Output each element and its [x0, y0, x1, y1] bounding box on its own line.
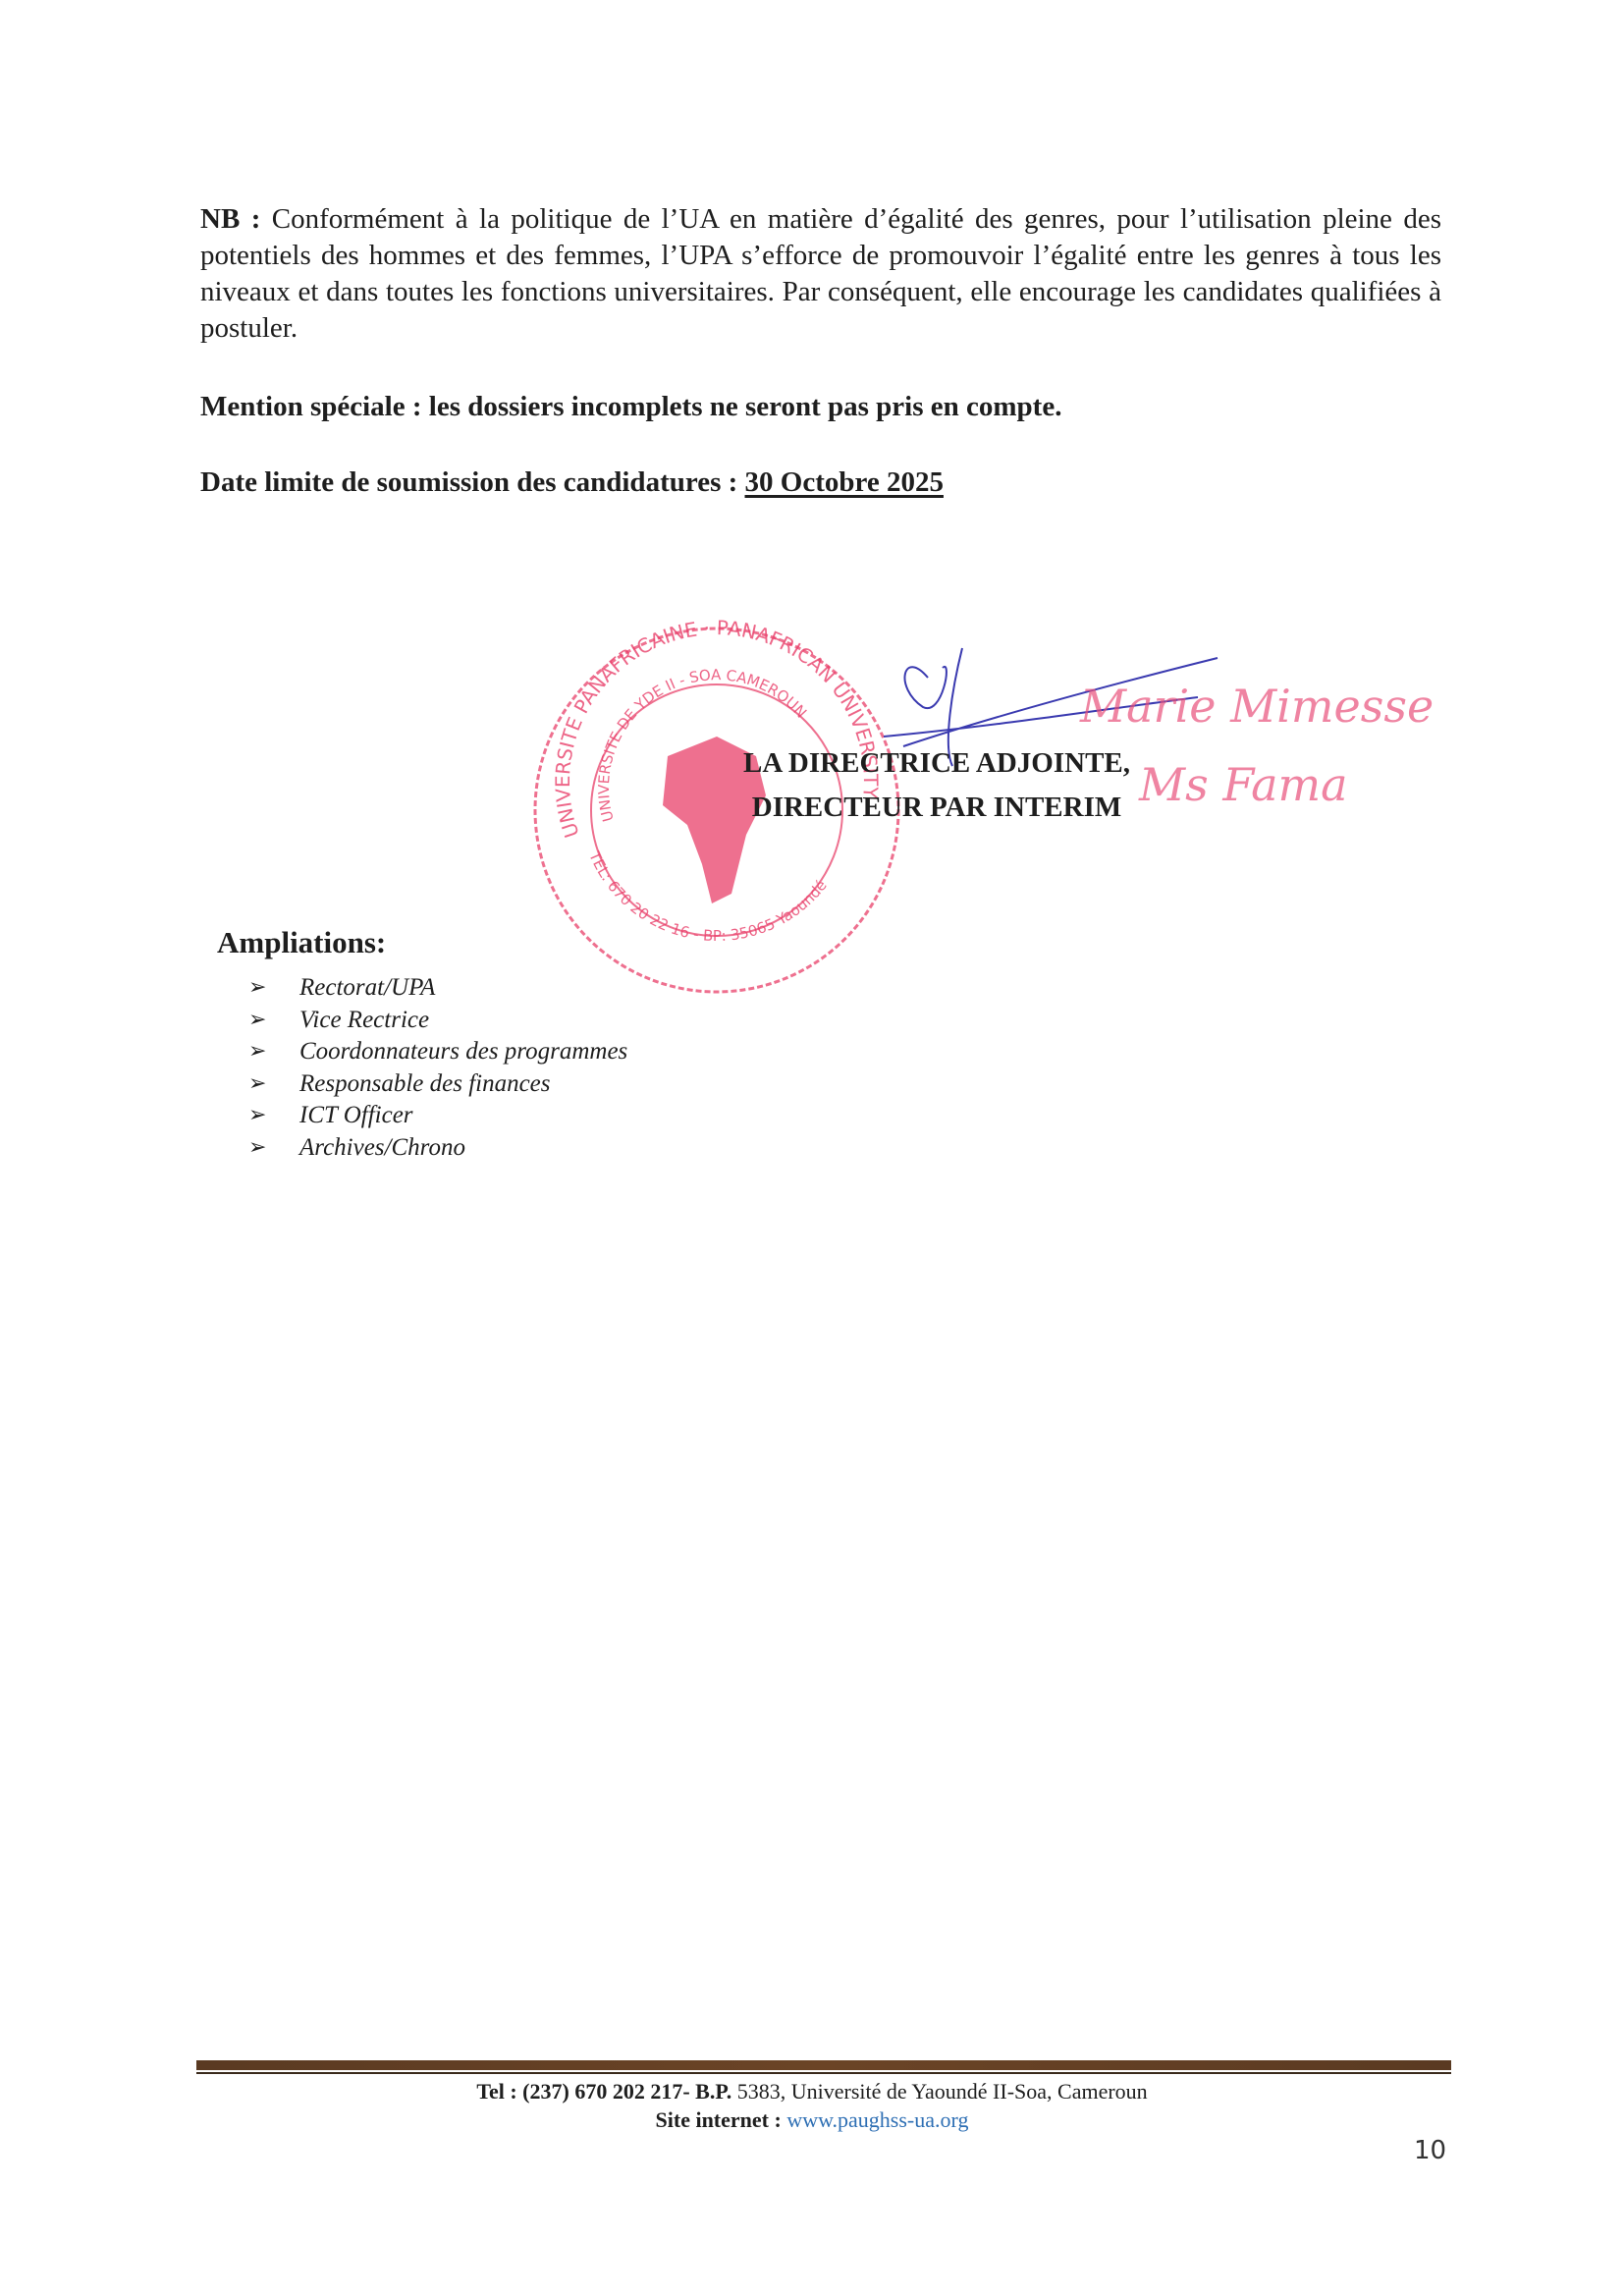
- footer-contact: Tel : (237) 670 202 217- B.P. 5383, Univ…: [0, 2079, 1624, 2105]
- list-item: ➢Vice Rectrice: [248, 1005, 627, 1037]
- svg-text:Marie Mimesse: Marie Mimesse: [1079, 680, 1434, 733]
- nb-paragraph: NB : Conformément à la politique de l’UA…: [200, 201, 1441, 347]
- list-item: ➢Responsable des finances: [248, 1068, 627, 1101]
- signatory-title: LA DIRECTRICE ADJOINTE, DIRECTEUR PAR IN…: [743, 741, 1130, 830]
- special-mention: Mention spéciale : les dossiers incomple…: [200, 391, 1061, 423]
- deadline: Date limite de soumission des candidatur…: [200, 466, 944, 499]
- arrow-bullet-icon: ➢: [248, 1068, 299, 1101]
- arrow-bullet-icon: ➢: [248, 1100, 299, 1132]
- nb-label: NB :: [200, 203, 260, 235]
- arrow-bullet-icon: ➢: [248, 1005, 299, 1037]
- arrow-bullet-icon: ➢: [248, 972, 299, 1005]
- footer-tel: Tel : (237) 670 202 217- B.P.: [476, 2079, 731, 2104]
- arrow-bullet-icon: ➢: [248, 1036, 299, 1068]
- footer-address: 5383, Université de Yaoundé II-Soa, Came…: [731, 2079, 1147, 2104]
- footer-site-label: Site internet :: [656, 2107, 787, 2132]
- list-item: ➢ICT Officer: [248, 1100, 627, 1132]
- footer-divider-thin: [196, 2072, 1451, 2074]
- ampliations-title: Ampliations:: [217, 925, 386, 960]
- footer-divider: [196, 2060, 1451, 2070]
- page-number: 10: [1414, 2136, 1446, 2165]
- signatory-title-line2: DIRECTEUR PAR INTERIM: [743, 786, 1130, 830]
- svg-text:Ms Fama: Ms Fama: [1138, 758, 1348, 811]
- nb-text: Conformément à la politique de l’UA en m…: [200, 203, 1441, 344]
- website-link[interactable]: www.paughss-ua.org: [786, 2107, 968, 2132]
- deadline-date: 30 Octobre 2025: [745, 466, 944, 498]
- ampliations-list: ➢Rectorat/UPA ➢Vice Rectrice ➢Coordonnat…: [248, 972, 627, 1164]
- footer-website: Site internet : www.paughss-ua.org: [0, 2107, 1624, 2133]
- deadline-label: Date limite de soumission des candidatur…: [200, 466, 745, 498]
- list-item: ➢Archives/Chrono: [248, 1132, 627, 1165]
- arrow-bullet-icon: ➢: [248, 1132, 299, 1165]
- list-item: ➢Rectorat/UPA: [248, 972, 627, 1005]
- signatory-title-line1: LA DIRECTRICE ADJOINTE,: [743, 741, 1130, 786]
- list-item: ➢Coordonnateurs des programmes: [248, 1036, 627, 1068]
